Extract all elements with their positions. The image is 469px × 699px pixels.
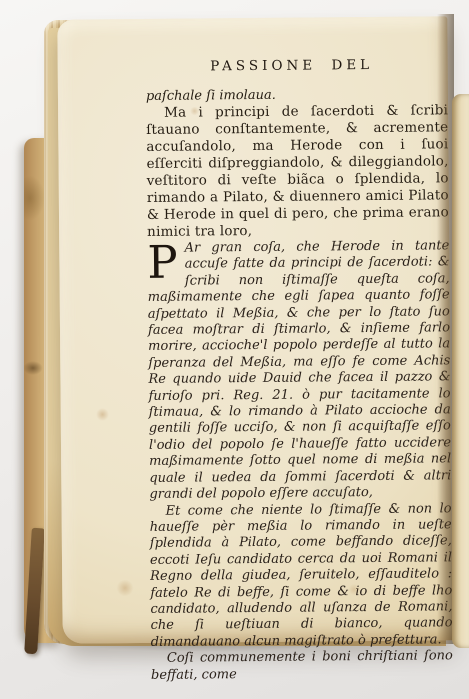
photo-background: PASSIONE DEL paſchale ſi imolaua. Ma i p… [0,0,469,699]
body-paragraph-3: Et come che niente lo ſtimaſſe & non lo … [150,501,453,651]
foxing-spot [190,106,199,115]
text-block: PASSIONE DEL paſchale ſi imolaua. Ma i p… [146,56,453,684]
drop-cap: P [147,241,185,284]
facing-page-edge [452,94,469,648]
body-paragraph-2-text: Ar gran coſa, che Herode in tante accuſe… [148,238,452,502]
foxing-spot [96,408,109,421]
running-header: PASSIONE DEL [146,56,438,75]
body-paragraph-1: Ma i principi de ſacerdoti & ſcribi ſtau… [146,102,449,241]
show-through-smudge [300,470,360,510]
body-paragraph-4: Coſi communemente i boni chriſtiani ſono… [151,648,453,683]
foxing-spot [348,584,360,595]
book-page: PASSIONE DEL paſchale ſi imolaua. Ma i p… [57,16,452,643]
foxing-spot [116,580,134,596]
body-paragraph-2: PAr gran coſa, che Herode in tante accuſ… [147,238,451,503]
